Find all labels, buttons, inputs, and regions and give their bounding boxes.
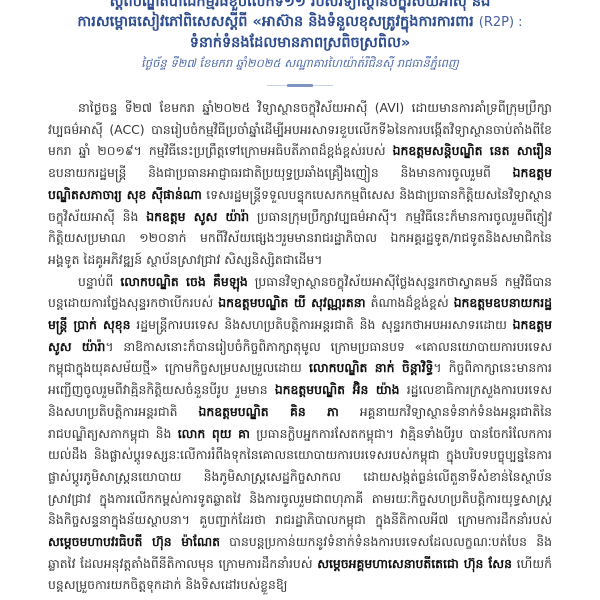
dignitary-name: សម្ដេចអគ្គមហាសេនាបតីតេជោ ហ៊ុន សែន bbox=[317, 556, 512, 571]
title-line-1: ស្ដីពីបណ្ឌិតបាដៃកម្មវិធីខួបលើកទី១១ របស់វ… bbox=[0, 0, 600, 12]
article-body: នាថ្ងៃចន្ទ ទី២៧ ខែមករា ឆ្នាំ២០២៥ វិទ្យាស… bbox=[0, 97, 600, 596]
event-date-location: ថ្ងៃច័ន្ទ ទី២៧ ខែមករា ឆ្នាំ២០២៥ សណ្ឋាគារ… bbox=[0, 54, 600, 72]
title-line-3: ទំនាក់ទំនងដែលមានភាពស្រពិចស្រពិល» bbox=[0, 33, 600, 53]
dignitary-name: ឯកឧត្តមបណ្ឌិត គិន ភា bbox=[198, 404, 338, 419]
document-page: ស្ដីពីបណ្ឌិតបាដៃកម្មវិធីខួបលើកទី១១ របស់វ… bbox=[0, 0, 600, 596]
dignitary-name: លោក ពុយ គា bbox=[178, 426, 250, 441]
dignitary-name: ឯកឧត្តមបណ្ឌិត អ៊ិន យ៉ាង bbox=[275, 382, 400, 397]
dignitary-name: លោកបណ្ឌិត នាក់ ចិន្តាវិទ្ធិ bbox=[309, 360, 433, 375]
header-divider bbox=[267, 84, 333, 87]
title-line-2-main: ការសម្ពោធសៀវភៅពិសេសស្ដីពី «អាស៊ាន និងទំន… bbox=[77, 14, 473, 30]
paragraph-text: រដ្ឋមន្ត្រីការបរទេស និងសហប្រតិបត្តិការអន… bbox=[131, 317, 513, 332]
document-header: ស្ដីពីបណ្ឌិតបាដៃកម្មវិធីខួបលើកទី១១ របស់វ… bbox=[0, 0, 600, 53]
paragraph-text: ឧបនាយករដ្ឋមន្ត្រី និងជាប្រធានអាជ្ញាធរជាត… bbox=[48, 165, 513, 180]
paragraph-text: បន្ទាប់ពី bbox=[78, 274, 120, 289]
title-abbreviation: (R2P) : bbox=[479, 15, 523, 30]
title-line-2: ការសម្ពោធសៀវភៅពិសេសស្ដីពី «អាស៊ាន និងទំន… bbox=[0, 12, 600, 33]
dignitary-name: លោកបណ្ឌិត ចេង គឹមឡុង bbox=[120, 274, 247, 289]
dignitary-name: ឯកឧត្តមសន្តិបណ្ឌិត នេត សារឿន bbox=[393, 143, 552, 158]
dignitary-name: សម្ដេចមហាបវរធិបតី ហ៊ុន ម៉ាណែត bbox=[48, 534, 220, 549]
paragraph-2: បន្ទាប់ពី លោកបណ្ឌិត ចេង គឹមឡុង ប្រធានវិទ… bbox=[48, 271, 552, 597]
paragraph-text: តំណាងដ៏ខ្ពង់ខ្ពស់ bbox=[366, 295, 454, 310]
dignitary-name: ឯកឧត្តមបណ្ឌិត យី សុវណ្ណរតនា bbox=[218, 295, 365, 310]
paragraph-1: នាថ្ងៃចន្ទ ទី២៧ ខែមករា ឆ្នាំ២០២៥ វិទ្យាស… bbox=[48, 97, 552, 271]
divider-ornament bbox=[287, 84, 313, 87]
dignitary-name: ឯកឧត្តម សូស យ៉ារ៉ា bbox=[146, 209, 249, 224]
